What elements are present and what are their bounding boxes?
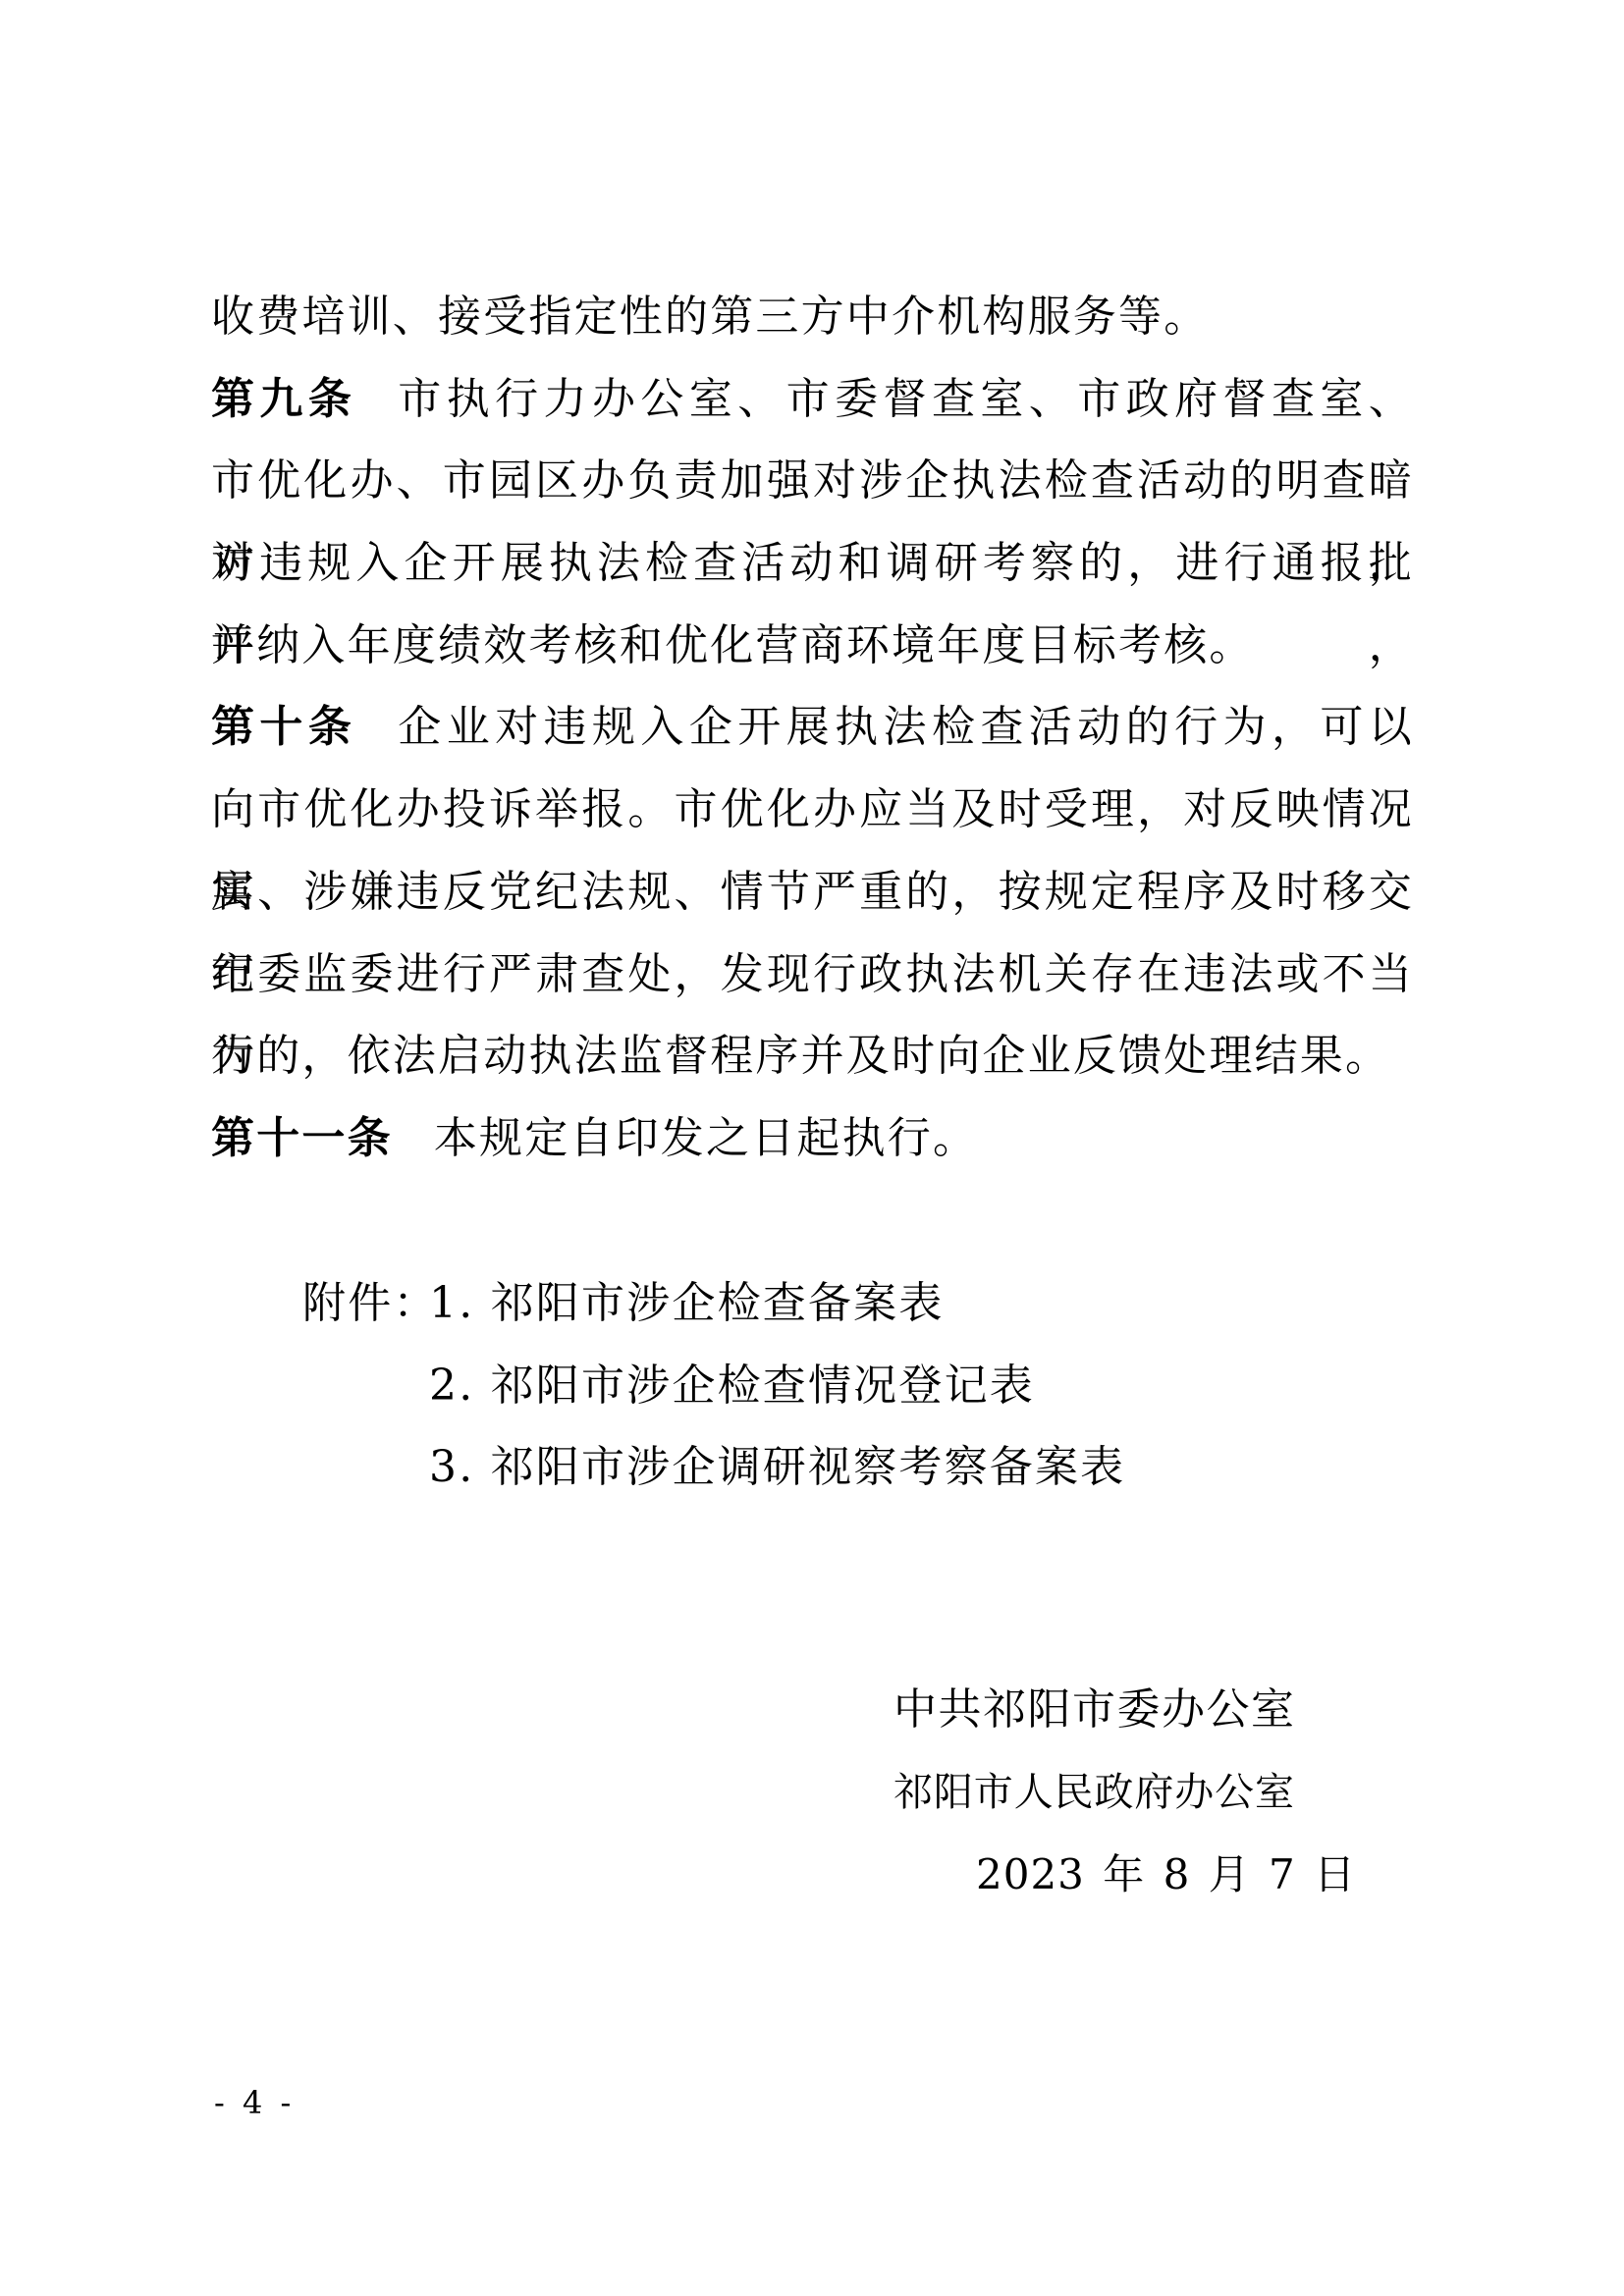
body-line-10: 为的，依法启动执法监督程序并及时向企业反馈处理结果。 bbox=[211, 1015, 1414, 1097]
body-line-1: 收费培训、接受指定性的第三方中介机构服务等。 bbox=[211, 276, 1414, 358]
body-line-8: 实、涉嫌违反党纪法规、情节严重的，按规定程序及时移交市 bbox=[211, 851, 1414, 934]
attachment-item-1: 1. 祁阳市涉企检查备案表 bbox=[429, 1278, 945, 1328]
document-body: 收费培训、接受指定性的第三方中介机构服务等。 第九条市执行力办公室、市委督查室、… bbox=[211, 276, 1414, 1180]
body-text: 为的，依法启动执法监督程序并及时向企业反馈处理结果。 bbox=[211, 1031, 1390, 1081]
body-line-9: 纪委监委进行严肃查处，发现行政执法机关存在违法或不当行 bbox=[211, 934, 1414, 1016]
attachment-line-3: 3. 祁阳市涉企调研视察考察备案表 bbox=[429, 1426, 1125, 1509]
attachment-item-2: 2. 祁阳市涉企检查情况登记表 bbox=[429, 1361, 1035, 1411]
document-page: 收费培训、接受指定性的第三方中介机构服务等。 第九条市执行力办公室、市委督查室、… bbox=[0, 0, 1624, 2296]
body-text: 收费培训、接受指定性的第三方中介机构服务等。 bbox=[211, 292, 1209, 342]
body-line-5: 并纳入年度绩效考核和优化营商环境年度目标考核。 bbox=[211, 605, 1414, 687]
signature-org-government-office: 祁阳市人民政府办公室 bbox=[893, 1763, 1294, 1822]
clause-10-heading: 第十条 bbox=[211, 703, 356, 751]
clause-9-heading: 第九条 bbox=[211, 375, 356, 423]
attachments-block: 附件：1. 祁阳市涉企检查备案表 2. 祁阳市涉企检查情况登记表 3. 祁阳市涉… bbox=[302, 1262, 1125, 1509]
body-text: 企业对违规入企开展执法检查活动的行为，可以 bbox=[398, 702, 1414, 752]
body-line-11: 第十一条本规定自印发之日起执行。 bbox=[211, 1097, 1414, 1180]
attachment-line-1: 附件：1. 祁阳市涉企检查备案表 bbox=[302, 1262, 1125, 1345]
body-text: 并纳入年度绩效考核和优化营商环境年度目标考核。 bbox=[211, 620, 1255, 670]
attachment-item-3: 3. 祁阳市涉企调研视察考察备案表 bbox=[429, 1442, 1125, 1492]
signature-date: 2023 年 8 月 7 日 bbox=[976, 1845, 1290, 1904]
page-number: - 4 - bbox=[214, 2083, 295, 2122]
body-line-4: 对违规入企开展执法检查活动和调研考察的，进行通报批评， bbox=[211, 522, 1414, 605]
body-text: 本规定自印发之日起执行。 bbox=[434, 1113, 978, 1163]
body-line-2: 第九条市执行力办公室、市委督查室、市政府督查室、 bbox=[211, 358, 1414, 441]
body-line-7: 向市优化办投诉举报。市优化办应当及时受理，对反映情况属 bbox=[211, 769, 1414, 851]
attachments-label: 附件： bbox=[302, 1262, 429, 1345]
signature-org-party-office: 中共祁阳市委办公室 bbox=[893, 1681, 1294, 1739]
body-line-3: 市优化办、市园区办负责加强对涉企执法检查活动的明查暗访， bbox=[211, 440, 1414, 522]
body-line-6: 第十条企业对违规入企开展执法检查活动的行为，可以 bbox=[211, 686, 1414, 769]
attachment-line-2: 2. 祁阳市涉企检查情况登记表 bbox=[429, 1345, 1125, 1427]
clause-11-heading: 第十一条 bbox=[211, 1114, 393, 1162]
body-text: 市执行力办公室、市委督查室、市政府督查室、 bbox=[398, 374, 1414, 424]
